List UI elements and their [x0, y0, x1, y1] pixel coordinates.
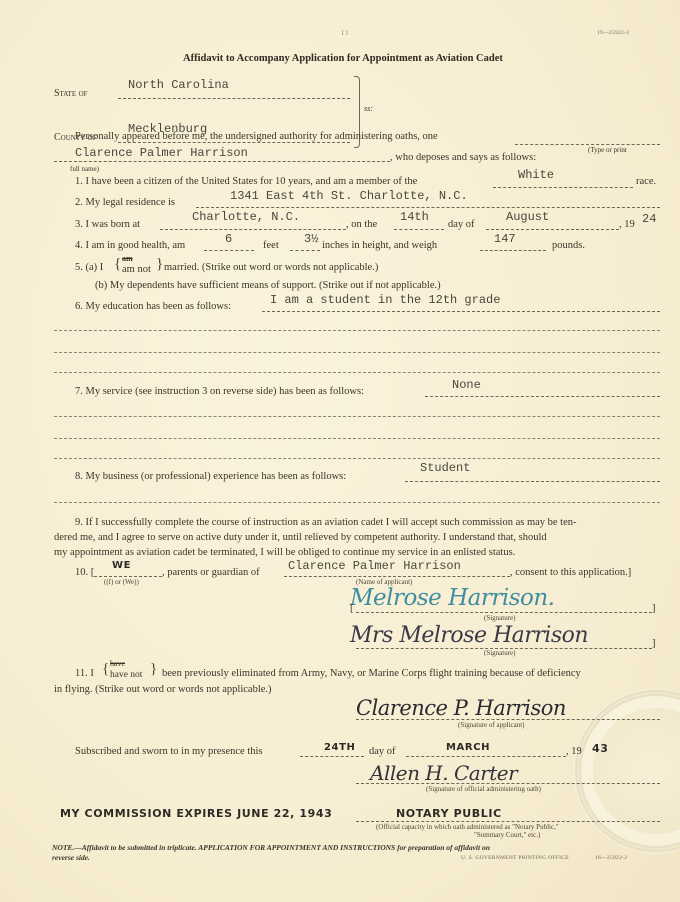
bracket-close: ]	[652, 603, 656, 614]
item9-line3: my appointment as aviation cadet be term…	[54, 547, 515, 558]
education-line-3	[54, 352, 660, 353]
education-line-2	[54, 330, 660, 331]
commission-expiry-stamp: MY COMMISSION EXPIRES JUNE 22, 1943	[60, 807, 332, 820]
applicant-signature-line	[356, 719, 660, 720]
item2-text: 2. My legal residence is	[75, 197, 175, 208]
height-feet-value: 6	[225, 232, 232, 246]
item1-end: race.	[636, 176, 656, 187]
service-line-2	[54, 416, 660, 417]
type-or-print-note: (Type or print	[588, 146, 627, 154]
parent-signature-2: Mrs Melrose Harrison	[350, 623, 588, 648]
applicant-signature: Clarence P. Harrison	[356, 696, 566, 720]
experience-line-2	[54, 502, 660, 503]
pounds-text: pounds.	[552, 240, 585, 251]
document-title: Affidavit to Accompany Application for A…	[183, 53, 503, 64]
official-capacity-value: NOTARY PUBLIC	[396, 807, 502, 820]
affidavit-document: [ ] 19—25922-2 Affidavit to Accompany Ap…	[0, 0, 680, 902]
state-line	[118, 98, 350, 99]
official-signature-caption: (Signature of official administering oat…	[426, 785, 541, 793]
form-number-bottom: 16—25922-2	[595, 855, 627, 861]
consent-name-line	[284, 576, 510, 577]
official-capacity-caption-1: (Official capacity in which oath adminis…	[376, 823, 559, 831]
footer-note-line1: NOTE.—Affidavit to be submitted in tripl…	[52, 843, 490, 852]
height-inches-value: 3½	[304, 232, 318, 246]
jurat-month-line	[406, 756, 566, 757]
item1-text: 1. I have been a citizen of the United S…	[75, 176, 417, 187]
intro-line-end	[515, 144, 660, 145]
weight-line	[480, 250, 546, 251]
jurat-year-prefix: , 19	[566, 746, 582, 757]
full-name-note: full name)	[70, 165, 99, 173]
nineteen-text: , 19	[619, 219, 635, 230]
birth-year-value: 24	[642, 212, 656, 226]
footer-note-line2: reverse side.	[52, 853, 90, 862]
birthplace-value: Charlotte, N.C.	[192, 210, 300, 224]
state-value: North Carolina	[128, 78, 229, 92]
marital-option-am-not: am not	[122, 264, 151, 275]
official-signature: Allen H. Carter	[370, 761, 517, 785]
height-inches-line	[290, 250, 320, 251]
birth-day-value: 14th	[400, 210, 429, 224]
birth-month-value: August	[506, 210, 549, 224]
day-of-text: day of	[448, 219, 475, 230]
official-capacity-caption-2: "Summary Court," etc.)	[474, 831, 540, 839]
top-center-mark: [ ]	[342, 30, 348, 36]
birthplace-line	[160, 229, 346, 230]
notary-seal-emboss	[575, 690, 680, 852]
county-line	[118, 142, 350, 143]
jurat-text: Subscribed and sworn to in my presence t…	[75, 746, 263, 757]
applicant-full-name: Clarence Palmer Harrison	[75, 146, 248, 160]
item3-text: 3. I was born at	[75, 219, 140, 230]
item9-line1: 9. If I successfully complete the course…	[75, 517, 577, 528]
item7-text: 7. My service (see instruction 3 on reve…	[75, 386, 364, 397]
item11-line2: in flying. (Strike out word or words not…	[54, 684, 272, 695]
signature-line-1	[356, 612, 652, 613]
item5a-text: married. (Strike out word or words not a…	[164, 262, 378, 273]
signature-caption-1: (Signature)	[484, 614, 516, 622]
on-the-text: , on the	[346, 219, 377, 230]
gpo-imprint: U. S. GOVERNMENT PRINTING OFFICE	[461, 855, 569, 861]
height-feet-line	[204, 250, 254, 251]
jurat-day: 24TH	[324, 742, 356, 753]
i-or-we-caption: ((I) or (We))	[104, 578, 139, 586]
intro-text: Personally appeared before me, the under…	[75, 131, 438, 142]
bracket-close-2: ]	[652, 638, 656, 649]
race-value: White	[518, 168, 554, 182]
item10-end: , consent to this application.]	[510, 567, 631, 578]
item5b-text: (b) My dependents have sufficient means …	[95, 280, 441, 291]
bracket-open: [	[350, 603, 354, 614]
marital-option-am-struck: am	[122, 254, 133, 263]
official-capacity-line	[356, 821, 660, 822]
experience-value: Student	[420, 461, 470, 475]
weight-value: 147	[494, 232, 516, 246]
brace-open-11: {	[102, 661, 109, 678]
signature-caption-2: (Signature)	[484, 649, 516, 657]
feet-text: feet	[263, 240, 279, 251]
jurat-dayof: day of	[369, 746, 396, 757]
jurat-day-line	[300, 756, 364, 757]
education-line-4	[54, 372, 660, 373]
item11-text: been previously eliminated from Army, Na…	[162, 668, 581, 679]
residence-value: 1341 East 4th St. Charlotte, N.C.	[230, 189, 468, 203]
education-line-1	[262, 311, 660, 312]
official-signature-line	[356, 783, 660, 784]
item9-line2: dered me, and I agree to serve on active…	[54, 532, 547, 543]
jurat-year: 43	[592, 742, 609, 755]
service-line-4	[54, 458, 660, 459]
item10-mid: , parents or guardian of	[162, 567, 260, 578]
item8-text: 8. My business (or professional) experie…	[75, 471, 346, 482]
item6-text: 6. My education has been as follows:	[75, 301, 231, 312]
deposes-text: , who deposes and says as follows:	[390, 152, 536, 163]
experience-line-1	[405, 481, 660, 482]
birth-month-line	[486, 229, 619, 230]
education-value: I am a student in the 12th grade	[270, 293, 500, 307]
service-line-1	[425, 396, 660, 397]
item5a-prefix: 5. (a) I	[75, 262, 103, 273]
item4-text: 4. I am in good health, am	[75, 240, 185, 251]
state-label: State of	[54, 88, 88, 99]
inches-text: inches in height, and weigh	[322, 240, 437, 251]
applicant-signature-caption: (Signature of applicant)	[458, 721, 524, 729]
form-number-top: 19—25922-2	[597, 30, 629, 36]
item10-prefix: 10. [	[75, 567, 94, 578]
brace-close: }	[156, 256, 163, 273]
race-line	[493, 187, 633, 188]
consent-party-line	[94, 576, 162, 577]
parent-signature-1: Melrose Harrison.	[350, 585, 554, 611]
flight-option-have-not: have not	[110, 670, 142, 680]
name-line	[54, 161, 390, 162]
brace-close-11: }	[150, 661, 157, 678]
ss-mark: ss:	[364, 104, 373, 113]
residence-line	[196, 207, 660, 208]
service-value: None	[452, 378, 481, 392]
service-line-3	[54, 438, 660, 439]
brace-open: {	[114, 256, 121, 273]
jurat-month: MARCH	[446, 742, 490, 753]
item11-prefix: 11. I	[75, 668, 94, 679]
flight-option-have-struck: have	[110, 659, 125, 668]
consent-party-value: WE	[112, 560, 131, 571]
consent-applicant-name: Clarence Palmer Harrison	[288, 559, 461, 573]
birth-day-line	[394, 229, 444, 230]
